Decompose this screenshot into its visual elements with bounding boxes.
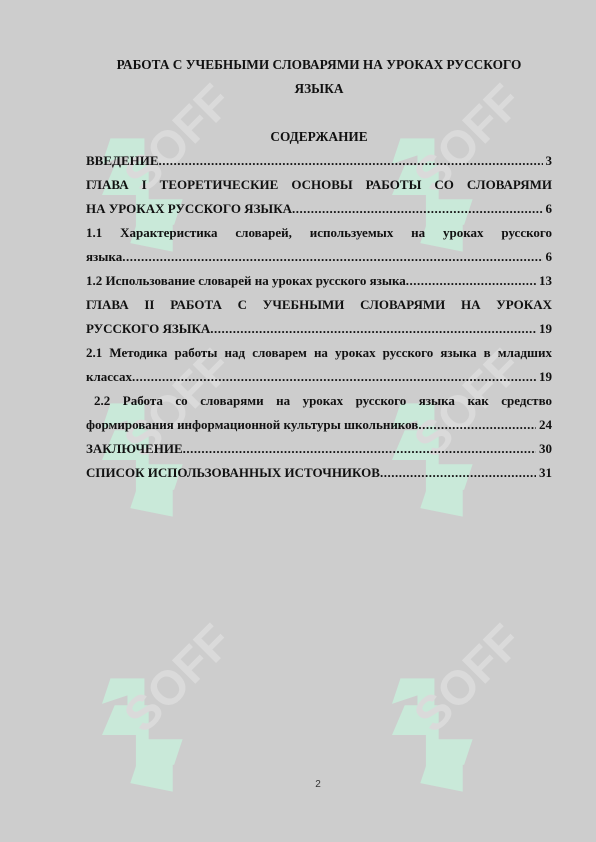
toc-entry-text: классах (86, 365, 132, 389)
toc-page-number: 6 (543, 197, 553, 221)
toc-entry[interactable]: ГЛАВА I ТЕОРЕТИЧЕСКИЕ ОСНОВЫ РАБОТЫ СО С… (86, 173, 552, 221)
toc-leader-dots (210, 317, 536, 341)
table-of-contents: ВВЕДЕНИЕ3ГЛАВА I ТЕОРЕТИЧЕСКИЕ ОСНОВЫ РА… (86, 149, 552, 485)
toc-entry-text: формирования информационной культуры шко… (86, 413, 418, 437)
toc-leader-dots (418, 413, 536, 437)
toc-entry-text: ГЛАВА I ТЕОРЕТИЧЕСКИЕ ОСНОВЫ РАБОТЫ СО С… (86, 173, 552, 197)
document-title-line-2: ЯЗЫКА (86, 77, 552, 101)
toc-entry-text: 2.1 Методика работы над словарем на урок… (86, 341, 552, 365)
toc-entry-text: языка (86, 245, 122, 269)
toc-entry-text: 1.1 Характеристика словарей, используемы… (86, 221, 552, 245)
toc-entry-text: ВВЕДЕНИЕ (86, 149, 159, 173)
toc-heading: СОДЕРЖАНИЕ (86, 125, 552, 149)
toc-entry[interactable]: 2.2 Работа со словарями на уроках русско… (86, 389, 552, 437)
toc-leader-dots (183, 437, 536, 461)
toc-page-number: 19 (536, 365, 552, 389)
watermark-text: SOFF (114, 615, 242, 743)
toc-entry[interactable]: СПИСОК ИСПОЛЬЗОВАННЫХ ИСТОЧНИКОВ31 (86, 461, 552, 485)
toc-entry-text: СПИСОК ИСПОЛЬЗОВАННЫХ ИСТОЧНИКОВ (86, 461, 380, 485)
toc-leader-dots (132, 365, 536, 389)
toc-page-number: 3 (543, 149, 553, 173)
toc-entry[interactable]: 2.1 Методика работы над словарем на урок… (86, 341, 552, 389)
toc-page-number: 31 (536, 461, 552, 485)
toc-leader-dots (380, 461, 536, 485)
toc-leader-dots (159, 149, 543, 173)
toc-entry[interactable]: 1.2 Использование словарей на уроках рус… (86, 269, 552, 293)
toc-entry[interactable]: ЗАКЛЮЧЕНИЕ30 (86, 437, 552, 461)
toc-page-number: 19 (536, 317, 552, 341)
toc-entry[interactable]: ВВЕДЕНИЕ3 (86, 149, 552, 173)
toc-entry[interactable]: ГЛАВА II РАБОТА С УЧЕБНЫМИ СЛОВАРЯМИ НА … (86, 293, 552, 341)
toc-entry-text: РУССКОГО ЯЗЫКА (86, 317, 210, 341)
watermark-text: SOFF (404, 615, 532, 743)
toc-entry-text: ГЛАВА II РАБОТА С УЧЕБНЫМИ СЛОВАРЯМИ НА … (86, 293, 552, 317)
toc-entry-text: НА УРОКАХ РУССКОГО ЯЗЫКА (86, 197, 292, 221)
toc-page-number: 6 (543, 245, 553, 269)
toc-entry-text: ЗАКЛЮЧЕНИЕ (86, 437, 183, 461)
document-page: РАБОТА С УЧЕБНЫМИ СЛОВАРЯМИ НА УРОКАХ РУ… (86, 53, 552, 485)
toc-entry-text: 2.2 Работа со словарями на уроках русско… (86, 389, 552, 413)
toc-page-number: 30 (536, 437, 552, 461)
toc-leader-dots (292, 197, 542, 221)
toc-entry-text: 1.2 Использование словарей на уроках рус… (86, 269, 406, 293)
toc-page-number: 13 (536, 269, 552, 293)
document-title-line-1: РАБОТА С УЧЕБНЫМИ СЛОВАРЯМИ НА УРОКАХ РУ… (86, 53, 552, 77)
toc-entry[interactable]: 1.1 Характеристика словарей, используемы… (86, 221, 552, 269)
page-number: 2 (0, 779, 596, 790)
toc-leader-dots (122, 245, 542, 269)
toc-leader-dots (406, 269, 536, 293)
toc-page-number: 24 (536, 413, 552, 437)
